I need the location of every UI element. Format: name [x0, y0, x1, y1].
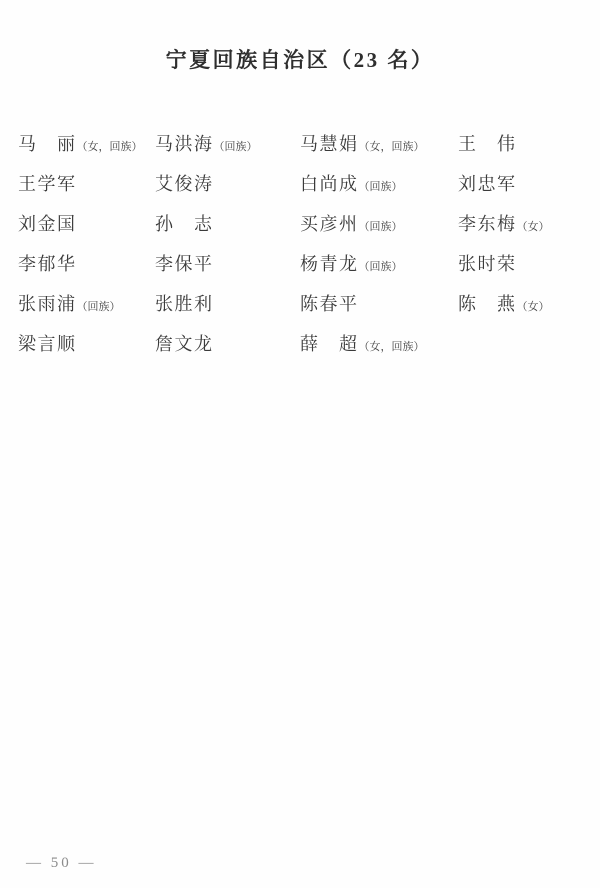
person-name: 李保平	[155, 254, 214, 274]
person-entry: 王 伟	[458, 130, 600, 156]
gender-ethnicity-note: （回族）	[359, 261, 403, 273]
person-entry: 詹文龙	[155, 330, 300, 356]
person-entry: 李郁华	[18, 250, 155, 276]
person-name: 詹文龙	[155, 334, 214, 354]
roster-row: 马 丽（女，回族） 马洪海（回族） 马慧娟（女，回族） 王 伟	[18, 123, 600, 163]
gender-ethnicity-note: （女，回族）	[77, 141, 143, 153]
person-entry: 马洪海（回族）	[155, 130, 300, 156]
person-name: 梁言顺	[18, 334, 77, 354]
person-entry: 张胜利	[155, 290, 300, 316]
person-name: 薛 超	[300, 334, 359, 354]
person-entry: 孙 志	[155, 210, 300, 236]
person-name: 王学军	[18, 174, 77, 194]
person-entry: 马 丽（女，回族）	[18, 130, 155, 156]
section-title: 宁夏回族自治区（23 名）	[0, 0, 600, 74]
roster-row: 王学军 艾俊涛 白尚成（回族） 刘忠军	[18, 163, 600, 203]
gender-ethnicity-note: （女）	[517, 301, 550, 313]
person-name: 马 丽	[18, 134, 77, 154]
person-name: 陈春平	[300, 294, 359, 314]
gender-ethnicity-note: （女，回族）	[359, 341, 425, 353]
person-entry: 刘忠军	[458, 170, 600, 196]
person-entry: 薛 超（女，回族）	[300, 330, 458, 356]
person-name: 李东梅	[458, 214, 517, 234]
person-entry: 李东梅（女）	[458, 210, 600, 236]
gender-ethnicity-note: （回族）	[359, 221, 403, 233]
person-entry: 白尚成（回族）	[300, 170, 458, 196]
person-name: 杨青龙	[300, 254, 359, 274]
gender-ethnicity-note: （女，回族）	[359, 141, 425, 153]
person-entry: 王学军	[18, 170, 155, 196]
document-page: 宁夏回族自治区（23 名） 马 丽（女，回族） 马洪海（回族） 马慧娟（女，回族…	[0, 0, 600, 888]
person-name: 马慧娟	[300, 134, 359, 154]
person-entry: 陈春平	[300, 290, 458, 316]
person-name: 张雨浦	[18, 294, 77, 314]
person-entry: 刘金国	[18, 210, 155, 236]
person-name: 刘金国	[18, 214, 77, 234]
person-name: 买彦州	[300, 214, 359, 234]
person-name: 艾俊涛	[155, 174, 214, 194]
roster-row: 梁言顺 詹文龙 薛 超（女，回族）	[18, 323, 600, 363]
person-name: 陈 燕	[458, 294, 517, 314]
person-name: 白尚成	[300, 174, 359, 194]
person-entry: 张时荣	[458, 250, 600, 276]
person-entry: 艾俊涛	[155, 170, 300, 196]
gender-ethnicity-note: （回族）	[214, 141, 258, 153]
person-name: 马洪海	[155, 134, 214, 154]
gender-ethnicity-note: （回族）	[359, 181, 403, 193]
delegate-roster: 马 丽（女，回族） 马洪海（回族） 马慧娟（女，回族） 王 伟 王学军 艾俊涛 …	[18, 123, 600, 363]
roster-row: 刘金国 孙 志 买彦州（回族） 李东梅（女）	[18, 203, 600, 243]
person-name: 张时荣	[458, 254, 517, 274]
person-entry: 陈 燕（女）	[458, 290, 600, 316]
roster-row: 李郁华 李保平 杨青龙（回族） 张时荣	[18, 243, 600, 283]
person-name: 刘忠军	[458, 174, 517, 194]
gender-ethnicity-note: （女）	[517, 221, 550, 233]
person-entry: 买彦州（回族）	[300, 210, 458, 236]
person-name: 孙 志	[155, 214, 214, 234]
person-entry: 马慧娟（女，回族）	[300, 130, 458, 156]
roster-row: 张雨浦（回族） 张胜利 陈春平 陈 燕（女）	[18, 283, 600, 323]
gender-ethnicity-note: （回族）	[77, 301, 121, 313]
person-entry: 梁言顺	[18, 330, 155, 356]
person-entry: 张雨浦（回族）	[18, 290, 155, 316]
person-name: 张胜利	[155, 294, 214, 314]
person-name: 李郁华	[18, 254, 77, 274]
person-name: 王 伟	[458, 134, 517, 154]
page-number: — 50 —	[26, 855, 97, 872]
person-entry: 李保平	[155, 250, 300, 276]
person-entry: 杨青龙（回族）	[300, 250, 458, 276]
